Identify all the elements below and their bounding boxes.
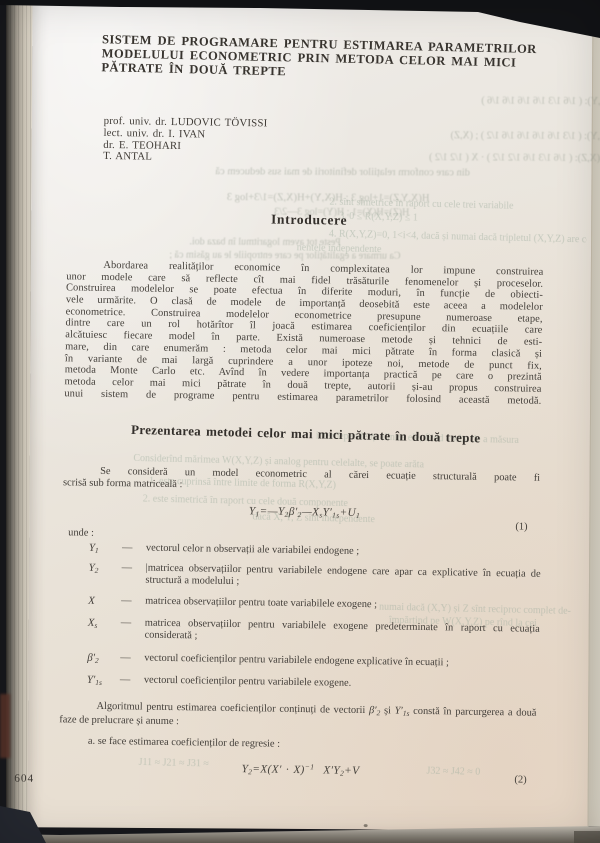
algorithm-paragraph: Algoritmul pentru estimarea coeficiențil… xyxy=(59,700,536,733)
where-label: unde : xyxy=(68,527,94,538)
scanned-page: (X,Y): ( 1/6 1/3 1/6 1/6 1/6 1/6 ) (X,Y)… xyxy=(27,3,593,830)
author-line: T. ANTAL xyxy=(103,151,267,165)
definition-item: Υ′1s — vectorul coeficienților pentru va… xyxy=(87,674,539,693)
definition-description: vectorul coeficienților pentru variabile… xyxy=(144,675,539,693)
definition-term: X xyxy=(88,595,95,610)
definition-dash: — xyxy=(120,652,131,664)
definition-description: matricea observațiilor pentru toate vari… xyxy=(145,596,540,614)
binding-stain xyxy=(0,694,10,758)
paper-speck xyxy=(364,824,368,827)
definition-term: Υ′1s xyxy=(87,674,102,689)
definition-description: vectorul celor n observații ale variabil… xyxy=(146,543,541,561)
equation-2-number: (2) xyxy=(514,774,526,785)
definition-item: X — matricea observațiilor pentru toate … xyxy=(88,595,540,614)
symbol-definition-list: Y1 — vectorul celor n observații ale var… xyxy=(87,542,541,693)
shadow-corner xyxy=(574,831,600,843)
bleed-through-line: (X,Z): ( 1/6 1/3 1/6 1/2 1/2 ) · X ( 1/2… xyxy=(280,151,600,164)
equation-2: Y2=X(X′ · X)−1X′Y2+V xyxy=(20,758,580,782)
author-list: prof. univ. dr. LUDOVIC TÖVISSI lect. un… xyxy=(103,116,267,166)
bleed-through-line: (X,Y): ( 1/6 1/3 1/6 1/6 1/6 1/6 ) xyxy=(281,94,600,107)
intro-paragraph: Abordarea realităților economice în comp… xyxy=(64,259,543,407)
step-a-line: a. se face estimarea coeficienților de r… xyxy=(88,736,280,750)
definition-term: β′2 xyxy=(87,652,99,667)
definition-description: |matricea observațiilor pentru variabile… xyxy=(145,563,540,593)
definition-description: matricea observațiilor pentru variabilel… xyxy=(145,618,540,648)
definition-dash: — xyxy=(122,562,133,574)
definition-item: Y2 — |matricea observațiilor pentru vari… xyxy=(88,562,540,593)
definition-dash: — xyxy=(120,674,131,686)
definition-dash: — xyxy=(122,542,133,554)
page-number: 604 xyxy=(14,773,34,785)
section-heading: Prezentarea metodei celor mai mici pătra… xyxy=(26,419,586,449)
bleed-through-line: din care conform relațiilor definitorii … xyxy=(60,165,470,178)
definition-dash: — xyxy=(121,595,132,607)
definition-term: Y1 xyxy=(89,542,99,557)
page-content: (X,Y): ( 1/6 1/3 1/6 1/6 1/6 1/6 ) (X,Y)… xyxy=(20,3,593,836)
definition-term: Xs xyxy=(88,617,98,632)
definition-description: vectorul coeficienților pentru variabile… xyxy=(144,653,539,671)
article-title: SISTEM DE PROGRAMARE PENTRU ESTIMAREA PA… xyxy=(101,33,574,85)
definition-item: Y1 — vectorul celor n observații ale var… xyxy=(89,542,541,561)
equation-1-number: (1) xyxy=(515,521,527,532)
definition-item: Xs — matricea observațiilor pentru varia… xyxy=(88,617,540,648)
scanned-book-photo: (X,Y): ( 1/6 1/3 1/6 1/6 1/6 1/6 ) (X,Y)… xyxy=(0,0,600,843)
bleed-through-line: (X,Y): ( 1/3 1/6 1/6 1/6 1/6 1/2 ) ; (X,… xyxy=(270,129,600,142)
definition-term: Y2 xyxy=(89,562,99,577)
definition-dash: — xyxy=(121,617,132,629)
definition-item: β′2 — vectorul coeficienților pentru var… xyxy=(87,652,539,671)
